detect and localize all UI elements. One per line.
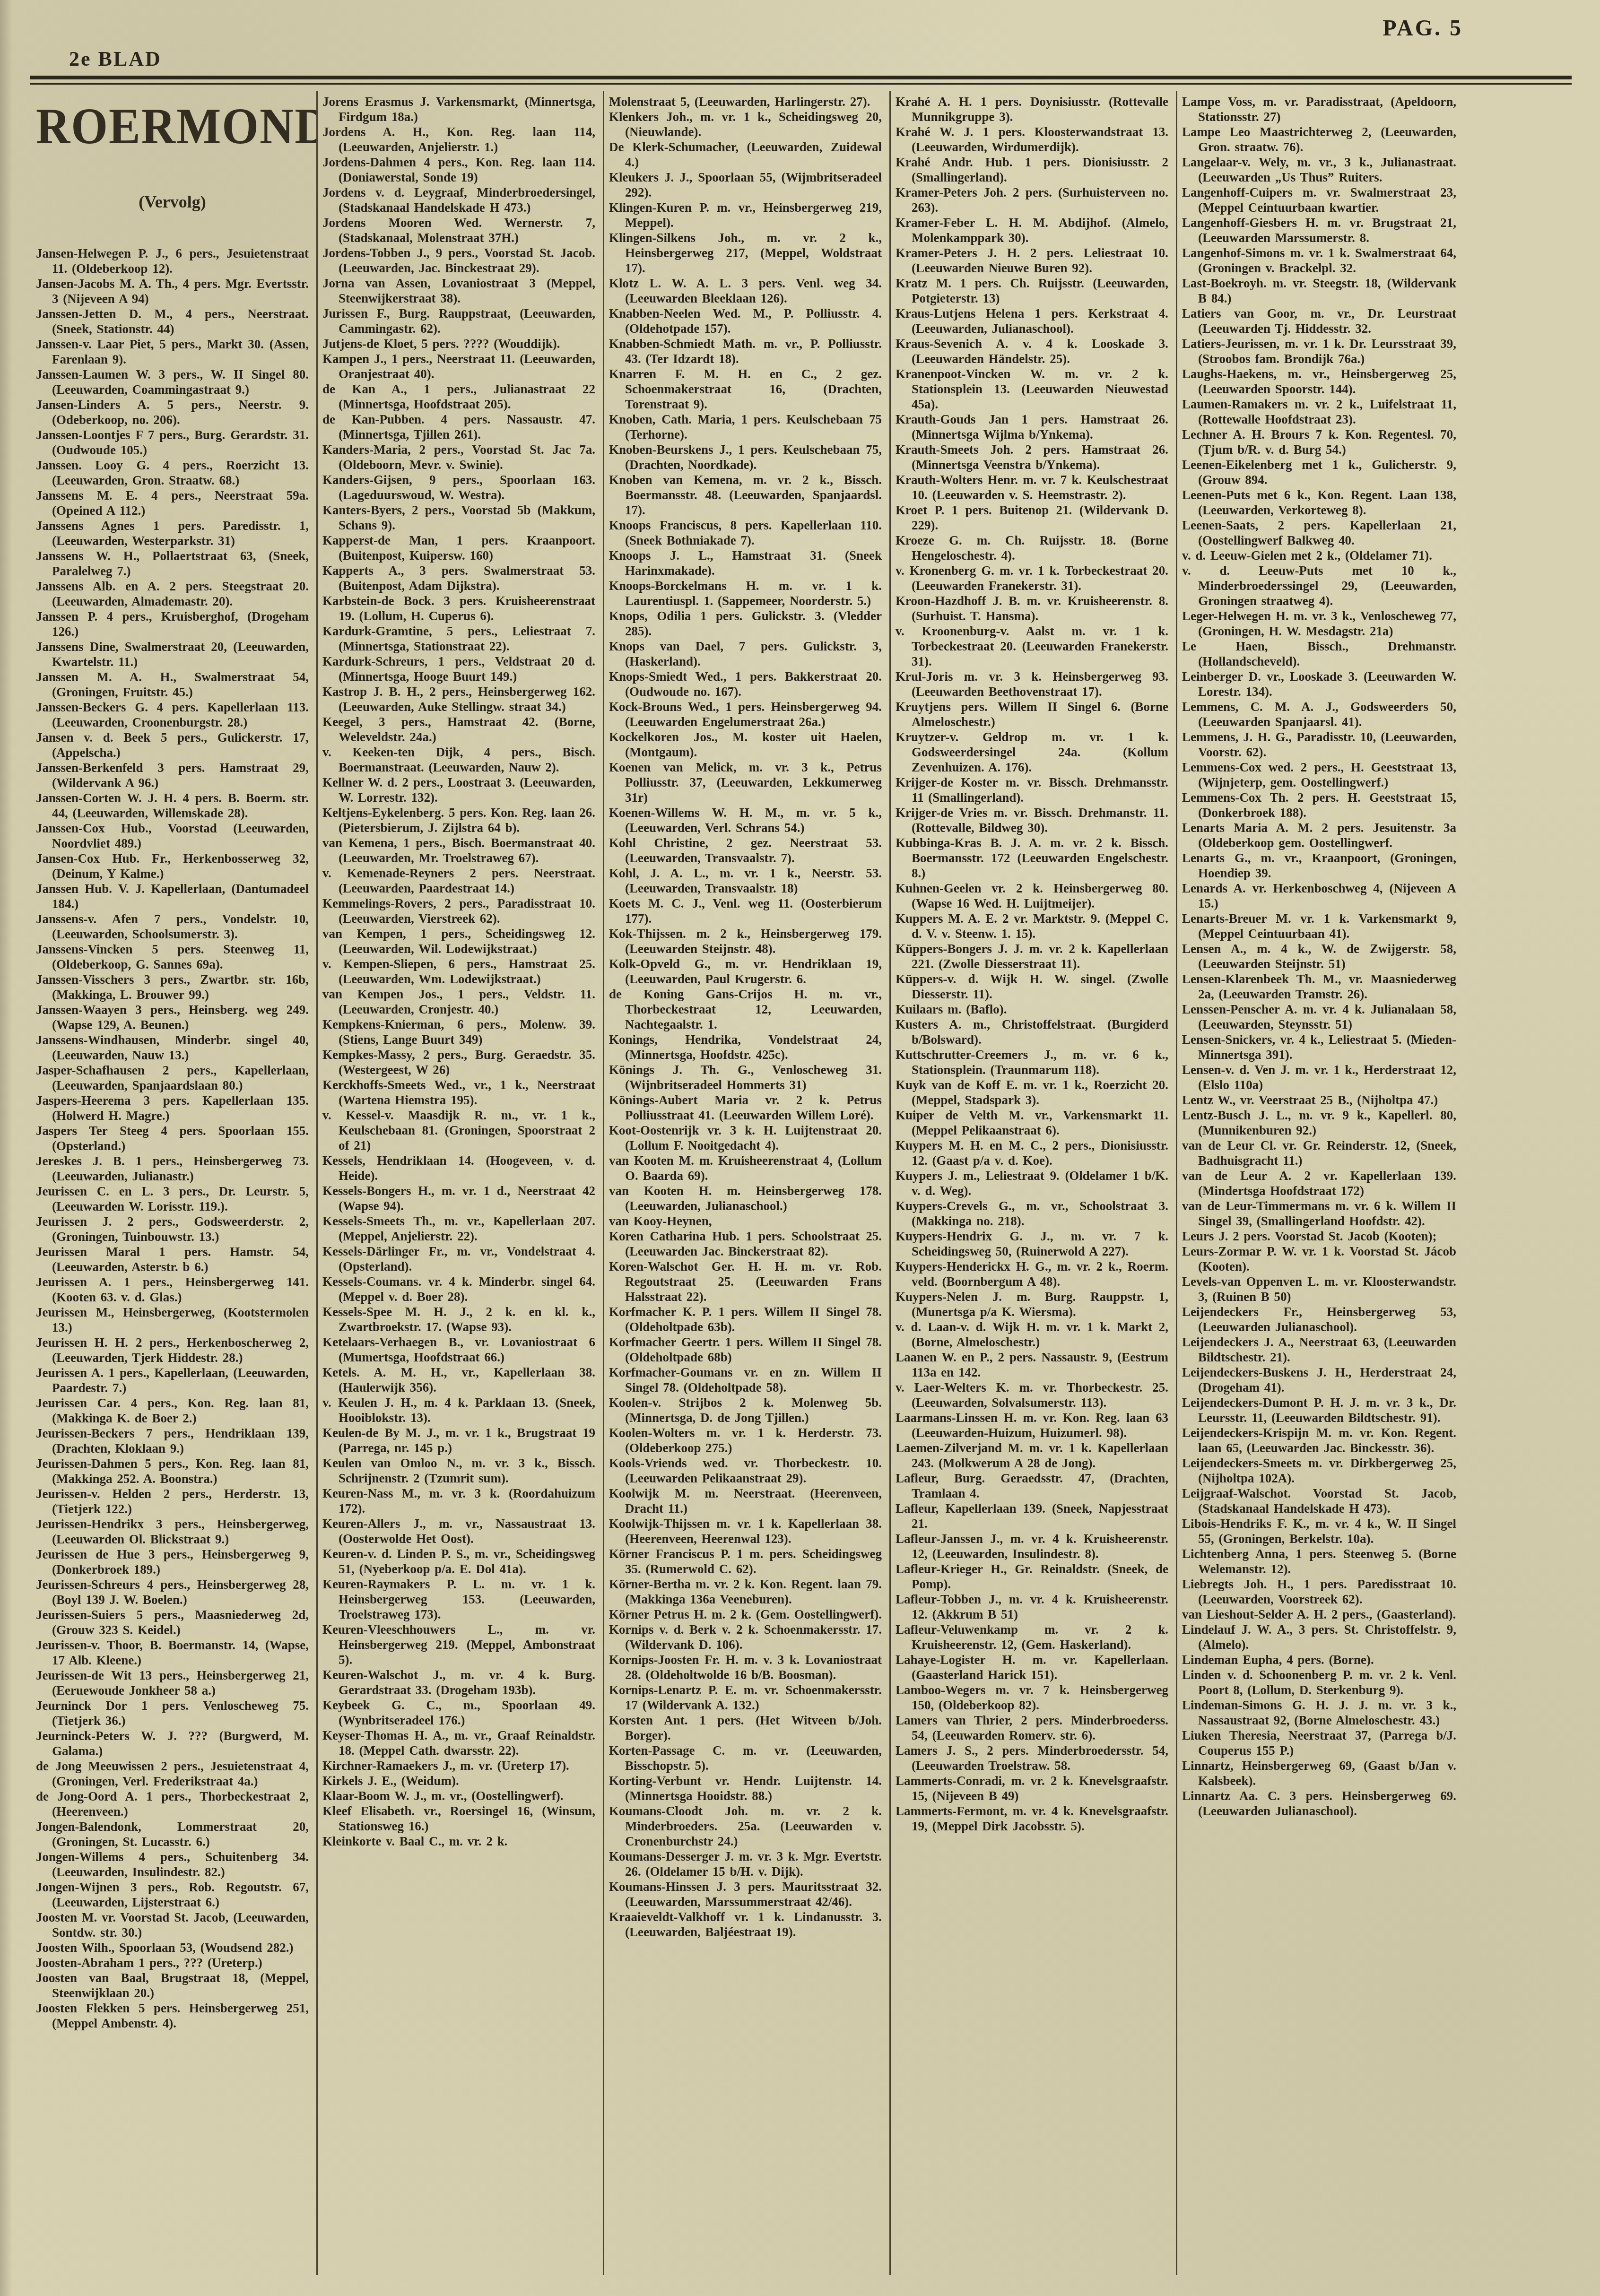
directory-entry: Knoops-Borckelmans H. m. vr. 1 k. Lauren… xyxy=(609,578,882,608)
directory-entry: Lafleur, Kapellerlaan 139. (Sneek, Napje… xyxy=(896,1501,1168,1531)
directory-entry: Küppers-v. d. Wijk H. W. singel. (Zwolle… xyxy=(896,971,1168,1002)
directory-entry: Joosten Flekken 5 pers. Heinsbergerweg 2… xyxy=(36,2001,309,2031)
directory-entry: Jansen v. d. Beek 5 pers., Gulickerstr. … xyxy=(36,730,309,760)
directory-entry: Latiers van Goor, m. vr., Dr. Leurstraat… xyxy=(1182,306,1456,336)
directory-entry: Jeurissen-Hendrikx 3 pers., Heinsbergerw… xyxy=(36,1516,309,1547)
continuation-label: (Vervolg) xyxy=(36,192,309,212)
directory-entry: Koolwijk M. m. Neerstraat. (Heerenveen, … xyxy=(609,1486,882,1516)
directory-entry: Kuypers J. m., Leliestraat 9. (Oldelamer… xyxy=(896,1168,1168,1198)
directory-entry: Lafleur-Janssen J., m. vr. 4 k. Kruishee… xyxy=(896,1531,1168,1561)
header-rule xyxy=(30,76,1572,85)
directory-entry: Joosten-Abraham 1 pers., ??? (Ureterp.) xyxy=(36,1955,309,1970)
directory-column-5: Lampe Voss, m. vr. Paradisstraat, (Apeld… xyxy=(1177,91,1464,2275)
directory-entry: Lamers van Thrier, 2 pers. Minderbroeder… xyxy=(896,1713,1168,1743)
directory-entry: Korfmacher-Goumans vr. en zn. Willem II … xyxy=(609,1365,882,1395)
directory-entry: Kapperst-de Man, 1 pers. Kraanpoort. (Bu… xyxy=(322,533,595,563)
directory-entry: Lenarts Maria A. M. 2 pers. Jesuitenstr.… xyxy=(1182,820,1456,850)
directory-entry: v. Kronenberg G. m. vr. 1 k. Torbeckestr… xyxy=(896,563,1168,593)
directory-entry: Kessels-Därlinger Fr., m. vr., Vondelstr… xyxy=(322,1244,595,1274)
directory-entry: Last-Boekroyh. m. vr. Steegstr. 18, (Wil… xyxy=(1182,276,1456,306)
directory-entry: Jeurissen Maral 1 pers. Hamstr. 54, (Lee… xyxy=(36,1244,309,1274)
directory-entry: Janssen Hub. V. J. Kapellerlaan, (Dantum… xyxy=(36,881,309,911)
page-header: 2e BLAD PAG. 5 xyxy=(31,14,1572,76)
directory-entry: Lindeman Eupha, 4 pers. (Borne). xyxy=(1182,1652,1456,1667)
directory-entry: Jeurissen-Dahmen 5 pers., Kon. Reg. laan… xyxy=(36,1456,309,1486)
directory-entry: Laemen-Zilverjand M. m. vr. 1 k. Kapelle… xyxy=(896,1440,1168,1471)
directory-entry: Lindeman-Simons G. H. J. J. m. vr. 3 k.,… xyxy=(1182,1698,1456,1728)
directory-entry: Korfmacher Geertr. 1 pers. Willem II Sin… xyxy=(609,1334,882,1365)
directory-entry: v. Kroonenburg-v. Aalst m. vr. 1 k. Torb… xyxy=(896,624,1168,669)
directory-entry: Langenhoff-Giesbers H. m. vr. Brugstraat… xyxy=(1182,215,1456,245)
directory-entry: Kapperts A., 3 pers. Swalmerstraat 53. (… xyxy=(322,563,595,593)
directory-entry: Janssen. Looy G. 4 pers., Roerzicht 13. … xyxy=(36,458,309,488)
directory-entry: Kuypers-Henderickx H. G., m. vr. 2 k., R… xyxy=(896,1259,1168,1289)
directory-entry: Keltjens-Eykelenberg. 5 pers. Kon. Reg. … xyxy=(322,805,595,835)
directory-entry: Ketels. A. M. H., vr., Kapellerlaan 38. … xyxy=(322,1365,595,1395)
directory-entry: Jongen-Wijnen 3 pers., Rob. Regoutstr. 6… xyxy=(36,1880,309,1910)
directory-entry: Langenhof-Simons m. vr. 1 k. Swalmerstra… xyxy=(1182,245,1456,276)
directory-entry: Jordens Mooren Wed. Wernerstr. 7, (Stads… xyxy=(322,215,595,245)
directory-entry: Keuren-Nass M., m. vr. 3 k. (Roordahuizu… xyxy=(322,1486,595,1516)
directory-entry: Kessels-Spee M. H. J., 2 k. en kl. k., Z… xyxy=(322,1304,595,1334)
directory-entry: Lafleur-Krieger H., Gr. Reinaldstr. (Sne… xyxy=(896,1561,1168,1592)
directory-entry: Janssens Agnes 1 pers. Paredisstr. 1, (L… xyxy=(36,518,309,548)
directory-entry: Lemmens-Cox Th. 2 pers. H. Geeststraat 1… xyxy=(1182,790,1456,820)
directory-entry: Janssens-Windhausen, Minderbr. singel 40… xyxy=(36,1032,309,1063)
directory-entry: Jorens Erasmus J. Varkensmarkt, (Minnert… xyxy=(322,94,595,124)
directory-entry: Kroon-Hazdhoff J. B. m. vr. Kruisheerens… xyxy=(896,593,1168,624)
directory-entry: Knarren F. M. H. en C., 2 gez. Schoenmak… xyxy=(609,366,882,412)
directory-entry: Kleef Elisabeth. vr., Roersingel 16, (Wi… xyxy=(322,1803,595,1834)
directory-entry: Janssens W. H., Pollaertstraat 63, (Snee… xyxy=(36,548,309,579)
directory-entry: Klotz L. W. A. L. 3 pers. Venl. weg 34. … xyxy=(609,276,882,306)
directory-column-1: ROERMOND (Vervolg) Jansen-Helwegen P. J.… xyxy=(31,91,318,2275)
directory-entry: Leijgraaf-Walschot. Voorstad St. Jacob, … xyxy=(1182,1486,1456,1516)
directory-entry: Koets M. C. J., Venl. weg 11. (Oosterbie… xyxy=(609,896,882,926)
directory-entry: Korting-Verbunt vr. Hendr. Luijtenstr. 1… xyxy=(609,1773,882,1803)
directory-entry: Leurs J. 2 pers. Voorstad St. Jacob (Koo… xyxy=(1182,1229,1456,1244)
directory-entry: Jansen-Linders A. 5 pers., Neerstr. 9. (… xyxy=(36,397,309,427)
directory-entry: Jeurissen-Beckers 7 pers., Hendriklaan 1… xyxy=(36,1426,309,1456)
directory-entry: Lenssen-Penscher A. m. vr. 4 k. Julianal… xyxy=(1182,1002,1456,1032)
masthead: ROERMOND (Vervolg) xyxy=(36,97,309,212)
newspaper-page: 2e BLAD PAG. 5 ROERMOND (Vervolg) Jansen… xyxy=(0,0,1600,2296)
directory-entry: Lemmens-Cox wed. 2 pers., H. Geeststraat… xyxy=(1182,760,1456,790)
entry-list: Jansen-Helwegen P. J., 6 pers., Jesuiete… xyxy=(36,246,309,2031)
directory-entry: Molenstraat 5, (Leeuwarden, Harlingerstr… xyxy=(609,94,882,109)
directory-entry: v. Keeken-ten Dijk, 4 pers., Bisch. Boer… xyxy=(322,745,595,775)
directory-entry: Kastrop J. B. H., 2 pers., Heinsbergerwe… xyxy=(322,684,595,714)
directory-entry: Lensen-v. d. Ven J. m. vr. 1 k., Herders… xyxy=(1182,1062,1456,1092)
scan-edge-shadow xyxy=(0,0,12,2296)
directory-entry: Koumans-Cloodt Joh. m. vr. 2 k. Minderbr… xyxy=(609,1803,882,1849)
directory-entry: Küppers-Bongers J. J. m. vr. 2 k. Kapell… xyxy=(896,941,1168,971)
directory-entry: Linnartz Aa. C. 3 pers. Heinsbergerweg 6… xyxy=(1182,1788,1456,1819)
directory-entry: Jutjens-de Kloet, 5 pers. ???? (Wouddijk… xyxy=(322,336,595,351)
directory-entry: Leijendeckers Fr., Heinsbergerweg 53, (L… xyxy=(1182,1304,1456,1334)
directory-entry: Knoops J. L., Hamstraat 31. (Sneek Harin… xyxy=(609,548,882,578)
directory-entry: Jeurissen J. 2 pers., Godsweerderstr. 2,… xyxy=(36,1214,309,1244)
directory-entry: Leurs-Zormar P. W. vr. 1 k. Voorstad St.… xyxy=(1182,1244,1456,1274)
directory-entry: Kraus-Sevenich A. v. 4 k. Looskade 3. (L… xyxy=(896,336,1168,366)
directory-entry: Janssen-Berkenfeld 3 pers. Hamstraat 29,… xyxy=(36,760,309,790)
directory-entry: Langelaar-v. Wely, m. vr., 3 k., Juliana… xyxy=(1182,155,1456,185)
directory-entry: Jeurissen M., Heinsbergerweg, (Kootsterm… xyxy=(36,1305,309,1335)
directory-entry: Le Haen, Bissch., Drehmanstr. (Hollandsc… xyxy=(1182,639,1456,669)
directory-entry: Kuypers-Nelen J. m. Burg. Rauppstr. 1, (… xyxy=(896,1289,1168,1319)
directory-entry: Klingen-Silkens Joh., m. vr. 2 k., Heins… xyxy=(609,230,882,276)
directory-entry: Koumans-Hinssen J. 3 pers. Mauritsstraat… xyxy=(609,1879,882,1909)
directory-entry: Linnartz, Heinsbergerweg 69, (Gaast b/Ja… xyxy=(1182,1758,1456,1788)
entry-list: Krahé A. H. 1 pers. Doynisiusstr. (Rotte… xyxy=(896,94,1168,1834)
directory-entry: Liuken Theresia, Neerstraat 37, (Parrega… xyxy=(1182,1728,1456,1758)
directory-entry: van de Leur-Timmermans m. vr. 6 k. Wille… xyxy=(1182,1198,1456,1229)
directory-entry: Keybeek G. C., m., Spoorlaan 49. (Wynbri… xyxy=(322,1698,595,1728)
directory-entry: Jeurissen-v. Helden 2 pers., Herderstr. … xyxy=(36,1486,309,1516)
directory-entry: Janssen-v. Laar Piet, 5 pers., Markt 30.… xyxy=(36,337,309,367)
directory-entry: Jereskes J. B. 1 pers., Heinsbergerweg 7… xyxy=(36,1153,309,1184)
directory-entry: Lamboo-Wegers m. vr. 7 k. Heinsbergerweg… xyxy=(896,1682,1168,1713)
directory-entry: Kanders-Maria, 2 pers., Voorstad St. Jac… xyxy=(322,442,595,472)
directory-entry: Körner-Bertha m. vr. 2 k. Kon. Regent. l… xyxy=(609,1577,882,1607)
directory-entry: Lentz-Busch J. L., m. vr. 9 k., Kapeller… xyxy=(1182,1108,1456,1138)
directory-entry: Kessels, Hendriklaan 14. (Hoogeveen, v. … xyxy=(322,1153,595,1183)
directory-entry: Kornips v. d. Berk v. 2 k. Schoenmakerss… xyxy=(609,1622,882,1652)
directory-entry: Kuiper de Velth M. vr., Varkensmarkt 11.… xyxy=(896,1108,1168,1138)
directory-entry: Jansen-Cox Hub. Fr., Herkenbosserweg 32,… xyxy=(36,851,309,881)
directory-entry: Jasper-Schafhausen 2 pers., Kapellerlaan… xyxy=(36,1063,309,1093)
directory-entry: Kraaieveldt-Valkhoff vr. 1 k. Lindanusst… xyxy=(609,1909,882,1940)
directory-entry: Lampe Leo Maastrichterweg 2, (Leeuwarden… xyxy=(1182,124,1456,155)
directory-entry: Lampe Voss, m. vr. Paradisstraat, (Apeld… xyxy=(1182,94,1456,124)
directory-entry: Janssen-Corten W. J. H. 4 pers. B. Boerm… xyxy=(36,790,309,821)
directory-entry: Koren Catharina Hub. 1 pers. Schoolstraa… xyxy=(609,1229,882,1259)
directory-entry: Krahé Andr. Hub. 1 pers. Dionisiusstr. 2… xyxy=(896,155,1168,185)
directory-entry: Knoben, Cath. Maria, 1 pers. Keulschebaa… xyxy=(609,412,882,442)
directory-entry: Konings, Hendrika, Vondelstraat 24, (Min… xyxy=(609,1032,882,1062)
directory-column-2: Jorens Erasmus J. Varkensmarkt, (Minnert… xyxy=(318,91,604,2275)
directory-entry: Jurissen F., Burg. Rauppstraat, (Leeuwar… xyxy=(322,306,595,336)
directory-entry: van Kempen Jos., 1 pers., Veldstr. 11. (… xyxy=(322,987,595,1017)
directory-entry: van Kooten H. m. Heinsbergerweg 178. (Le… xyxy=(609,1183,882,1213)
directory-entry: Kuhnen-Geelen vr. 2 k. Heinsbergerweg 80… xyxy=(896,881,1168,911)
directory-entry: Koren-Walschot Ger. H. H. m. vr. Rob. Re… xyxy=(609,1259,882,1304)
directory-entry: de Kan-Pubben. 4 pers. Nassaustr. 47. (M… xyxy=(322,412,595,442)
directory-entry: Joosten van Baal, Brugstraat 18, (Meppel… xyxy=(36,1970,309,2001)
directory-entry: Jansen-Jacobs M. A. Th., 4 pers. Mgr. Ev… xyxy=(36,276,309,306)
directory-entry: Jeurninck-Peters W. J. ??? (Burgwerd, M.… xyxy=(36,1728,309,1759)
directory-entry: van de Leur Cl. vr. Gr. Reinderstr. 12, … xyxy=(1182,1138,1456,1168)
directory-entry: Jeurissen Car. 4 pers., Kon. Reg. laan 8… xyxy=(36,1395,309,1426)
directory-entry: Kruytjens pers. Willem II Singel 6. (Bor… xyxy=(896,699,1168,729)
directory-entry: Krul-Joris m. vr. 3 k. Heinsbergerweg 93… xyxy=(896,669,1168,699)
directory-entry: Leijendeckers-Dumont P. H. J. m. vr. 3 k… xyxy=(1182,1395,1456,1425)
directory-entry: Kellner W. d. 2 pers., Loostraat 3. (Lee… xyxy=(322,775,595,805)
directory-entry: Jordens-Dahmen 4 pers., Kon. Reg. laan 1… xyxy=(322,155,595,185)
directory-entry: Körner Petrus H. m. 2 k. (Gem. Oostellin… xyxy=(609,1607,882,1622)
entry-list: Lampe Voss, m. vr. Paradisstraat, (Apeld… xyxy=(1182,94,1456,1819)
directory-entry: Joosten M. vr. Voorstad St. Jacob, (Leeu… xyxy=(36,1910,309,1940)
directory-entry: Kleinkorte v. Baal C., m. vr. 2 k. xyxy=(322,1834,595,1849)
directory-entry: Knoops Franciscus, 8 pers. Kapellerlaan … xyxy=(609,518,882,548)
directory-entry: Janssen M. A. H., Swalmerstraat 54, (Gro… xyxy=(36,669,309,700)
directory-entry: Keuren-v. d. Linden P. S., m. vr., Schei… xyxy=(322,1546,595,1577)
directory-entry: Lensen A., m. 4 k., W. de Zwijgerstr. 58… xyxy=(1182,941,1456,971)
directory-entry: Janssens Dine, Swalmerstraat 20, (Leeuwa… xyxy=(36,639,309,669)
directory-entry: Könings-Aubert Maria vr. 2 k. Petrus Pol… xyxy=(609,1092,882,1123)
directory-entry: Lenarts-Breuer M. vr. 1 k. Varkensmarkt … xyxy=(1182,911,1456,941)
directory-entry: Kramer-Peters J. H. 2 pers. Leliestraat … xyxy=(896,245,1168,276)
directory-entry: Leger-Helwegen H. m. vr. 3 k., Venlosche… xyxy=(1182,608,1456,639)
directory-entry: Libois-Hendriks F. K., m. vr. 4 k., W. I… xyxy=(1182,1516,1456,1546)
directory-entry: Kampen J., 1 pers., Neerstraat 11. (Leeu… xyxy=(322,351,595,381)
directory-entry: Jaspers Ter Steeg 4 pers. Spoorlaan 155.… xyxy=(36,1123,309,1153)
edition-label: 2e BLAD xyxy=(69,47,162,71)
entry-list: Molenstraat 5, (Leeuwarden, Harlingerstr… xyxy=(609,94,882,1940)
directory-entry: Lahaye-Logister H. m. vr. Kapellerlaan. … xyxy=(896,1652,1168,1682)
directory-entry: Keuren-Raymakers P. L. m. vr. 1 k. Heins… xyxy=(322,1577,595,1622)
directory-entry: Koenen-Willems W. H. M., m. vr. 5 k., (L… xyxy=(609,805,882,835)
directory-entry: Kusters A. m., Christoffelstraat. (Burgi… xyxy=(896,1017,1168,1047)
directory-entry: Kardurk-Gramtine, 5 pers., Leliestraat 7… xyxy=(322,624,595,654)
directory-entry: Kools-Vriends wed. vr. Thorbeckestr. 10.… xyxy=(609,1456,882,1486)
directory-entry: Lichtenberg Anna, 1 pers. Steenweg 5. (B… xyxy=(1182,1546,1456,1577)
directory-entry: Kuyk van de Koff E. m. vr. 1 k., Roerzic… xyxy=(896,1077,1168,1108)
directory-entry: Laanen W. en P., 2 pers. Nassaustr. 9, (… xyxy=(896,1350,1168,1380)
directory-entry: van Kooy-Heynen, xyxy=(609,1213,882,1229)
directory-entry: Jordens A. H., Kon. Reg. laan 114, (Leeu… xyxy=(322,124,595,155)
directory-entry: Karbstein-de Bock. 3 pers. Kruisheerenst… xyxy=(322,593,595,624)
directory-entry: Levels-van Oppenven L. m. vr. Kloosterwa… xyxy=(1182,1274,1456,1304)
directory-entry: Lenarts G., m. vr., Kraanpoort, (Groning… xyxy=(1182,850,1456,881)
directory-entry: Janssen-Loontjes F 7 pers., Burg. Gerard… xyxy=(36,427,309,458)
directory-entry: Kuypers M. H. en M. C., 2 pers., Dionisi… xyxy=(896,1138,1168,1168)
directory-entry: Kock-Brouns Wed., 1 pers. Heinsbergerweg… xyxy=(609,699,882,729)
directory-entry: Janssen-Waayen 3 pers., Heinsberg. weg 2… xyxy=(36,1002,309,1032)
directory-entry: v. d. Laan-v. d. Wijk H. m. vr. 1 k. Mar… xyxy=(896,1319,1168,1350)
directory-entry: Koolen-v. Strijbos 2 k. Molenweg 5b. (Mi… xyxy=(609,1395,882,1425)
directory-entry: Kardurk-Schreurs, 1 pers., Veldstraat 20… xyxy=(322,654,595,684)
directory-entry: Knops, Odilia 1 pers. Gulickstr. 3. (Vle… xyxy=(609,608,882,639)
directory-entry: Kuypers-Crevels G., m. vr., Schoolstraat… xyxy=(896,1198,1168,1229)
directory-entry: v. Kessel-v. Maasdijk R. m., vr. 1 k., K… xyxy=(322,1108,595,1153)
directory-entry: Janssens M. E. 4 pers., Neerstraat 59a. … xyxy=(36,488,309,518)
directory-entry: Kratz M. 1 pers. Ch. Ruijsstr. (Leeuward… xyxy=(896,276,1168,306)
directory-columns: ROERMOND (Vervolg) Jansen-Helwegen P. J.… xyxy=(31,91,1499,2275)
directory-entry: Kemmelings-Rovers, 2 pers., Paradisstraa… xyxy=(322,896,595,926)
directory-entry: Keuren-Vleeschhouwers L., m. vr. Heinsbe… xyxy=(322,1622,595,1667)
directory-entry: Jeurninck Dor 1 pers. Venloscheweg 75. (… xyxy=(36,1698,309,1728)
directory-entry: Leenen-Saats, 2 pers. Kapellerlaan 21, (… xyxy=(1182,518,1456,548)
directory-entry: Latiers-Jeurissen, m. vr. 1 k. Dr. Leurs… xyxy=(1182,336,1456,366)
directory-entry: Jongen-Balendonk, Lommerstraat 20, (Gron… xyxy=(36,1819,309,1849)
directory-entry: Kraus-Lutjens Helena 1 pers. Kerkstraat … xyxy=(896,306,1168,336)
directory-entry: Koumans-Desserger J. m. vr. 3 k. Mgr. Ev… xyxy=(609,1849,882,1879)
directory-column-4: Krahé A. H. 1 pers. Doynisiusstr. (Rotte… xyxy=(891,91,1177,2275)
directory-entry: Lensen-Snickers, vr. 4 k., Leliestraat 5… xyxy=(1182,1032,1456,1062)
directory-entry: Krauth-Smeets Joh. 2 pers. Hamstraat 26.… xyxy=(896,442,1168,472)
directory-entry: Kohl, J. A. L., m. vr. 1 k., Neerstr. 53… xyxy=(609,866,882,896)
directory-entry: Lechner A. H. Brours 7 k. Kon. Regentesl… xyxy=(1182,427,1456,457)
directory-entry: Joosten Wilh., Spoorlaan 53, (Woudsend 2… xyxy=(36,1940,309,1955)
directory-entry: de Jong-Oord A. 1 pers., Thorbeckestraat… xyxy=(36,1789,309,1819)
directory-entry: van Kempen, 1 pers., Scheidingsweg 12. (… xyxy=(322,926,595,956)
directory-entry: Lemmens, C. M. A. J., Godsweerders 50, (… xyxy=(1182,699,1456,729)
directory-entry: Janssen P. 4 pers., Kruisberghof, (Droge… xyxy=(36,609,309,639)
directory-entry: Kroeze G. m. Ch. Ruijsstr. 18. (Borne He… xyxy=(896,533,1168,563)
directory-entry: Janssens-Vincken 5 pers. Steenweg 11, (O… xyxy=(36,942,309,972)
directory-entry: Keyser-Thomas H. A., m. vr., Graaf Reina… xyxy=(322,1728,595,1758)
directory-entry: Kok-Thijssen. m. 2 k., Heinsbergerweg 17… xyxy=(609,926,882,956)
directory-entry: de Jong Meeuwissen 2 pers., Jesuietenstr… xyxy=(36,1759,309,1789)
directory-entry: Leinberger D. vr., Looskade 3. (Leeuward… xyxy=(1182,669,1456,699)
directory-entry: Linden v. d. Schoonenberg P. m. vr. 2 k.… xyxy=(1182,1667,1456,1698)
directory-entry: Knabben-Schmiedt Math. m. vr., P. Polliu… xyxy=(609,336,882,366)
directory-entry: v. Keulen J. H., m. 4 k. Parklaan 13. (S… xyxy=(322,1395,595,1425)
directory-entry: Krijger-de Vries m. vr. Bissch. Drehmans… xyxy=(896,805,1168,835)
directory-entry: de Koning Gans-Crijos H. m. vr., Thorbec… xyxy=(609,987,882,1032)
directory-entry: Knops van Dael, 7 pers. Gulickstr. 3, (H… xyxy=(609,639,882,669)
directory-entry: Jongen-Willems 4 pers., Schuitenberg 34.… xyxy=(36,1849,309,1880)
directory-entry: Leijendeckers J. A., Neerstraat 63, (Lee… xyxy=(1182,1334,1456,1365)
directory-entry: Klaar-Boom W. J., m. vr., (Oostellingwer… xyxy=(322,1788,595,1803)
directory-entry: Knops-Smiedt Wed., 1 pers. Bakkerstraat … xyxy=(609,669,882,699)
directory-entry: Lafleur-Veluwenkamp m. vr. 2 k. Kruishee… xyxy=(896,1622,1168,1652)
directory-entry: Keuren-Walschot J., m. vr. 4 k. Burg. Ge… xyxy=(322,1667,595,1698)
directory-entry: van de Leur A. 2 vr. Kapellerlaan 139. (… xyxy=(1182,1168,1456,1198)
directory-entry: Knoben-Beurskens J., 1 pers. Keulschebaa… xyxy=(609,442,882,472)
directory-entry: Janssens-v. Afen 7 pers., Vondelstr. 10,… xyxy=(36,911,309,942)
directory-entry: Janssen-Laumen W. 3 pers., W. II Singel … xyxy=(36,367,309,397)
directory-entry: Krahé A. H. 1 pers. Doynisiusstr. (Rotte… xyxy=(896,94,1168,124)
directory-entry: Kolk-Opveld G., m. vr. Hendriklaan 19, (… xyxy=(609,956,882,987)
directory-entry: De Klerk-Schumacher, (Leeuwarden, Zuidew… xyxy=(609,139,882,170)
directory-entry: Jeurissen de Hue 3 pers., Heinsbergerweg… xyxy=(36,1547,309,1577)
directory-entry: Lemmens, J. H. G., Paradisstr. 10, (Leeu… xyxy=(1182,729,1456,760)
directory-entry: Jordens v. d. Leygraaf, Minderbroedersin… xyxy=(322,185,595,215)
directory-entry: Lindelauf J. W. A., 3 pers. St. Christof… xyxy=(1182,1622,1456,1652)
directory-entry: Kruytzer-v. Geldrop m. vr. 1 k. Godsweer… xyxy=(896,729,1168,775)
directory-entry: Lammerts-Fermont, m. vr. 4 k. Knevelsgra… xyxy=(896,1803,1168,1834)
directory-entry: Lafleur, Burg. Geraedsstr. 47, (Drachten… xyxy=(896,1471,1168,1501)
directory-entry: Janssen-Jetten D. M., 4 pers., Neerstraa… xyxy=(36,306,309,337)
directory-entry: Janssen-Beckers G. 4 pers. Kapellerlaan … xyxy=(36,700,309,730)
directory-entry: Kempkes-Massy, 2 pers., Burg. Geraedstr.… xyxy=(322,1047,595,1077)
directory-entry: de Kan A., 1 pers., Julianastraat 22 (Mi… xyxy=(322,381,595,412)
directory-entry: Kanders-Gijsen, 9 pers., Spoorlaan 163. … xyxy=(322,472,595,503)
directory-entry: Keegel, 3 pers., Hamstraat 42. (Borne, W… xyxy=(322,714,595,745)
directory-entry: Kuppers M. A. E. 2 vr. Marktstr. 9. (Mep… xyxy=(896,911,1168,941)
directory-entry: Kessels-Coumans. vr. 4 k. Minderbr. sing… xyxy=(322,1274,595,1304)
directory-entry: Kranenpoot-Vincken W. m. vr. 2 k. Statio… xyxy=(896,366,1168,412)
directory-entry: Kuypers-Hendrix G. J., m. vr. 7 k. Schei… xyxy=(896,1229,1168,1259)
directory-entry: Kleukers J. J., Spoorlaan 55, (Wijmbrits… xyxy=(609,170,882,200)
directory-entry: Leijendeckers-Krispijn M. m. vr. Kon. Re… xyxy=(1182,1425,1456,1456)
directory-entry: Ketelaars-Verhaegen B., vr. Lovaniostraa… xyxy=(322,1334,595,1365)
directory-entry: Janssen-Cox Hub., Voorstad (Leeuwarden, … xyxy=(36,821,309,851)
directory-entry: Jeurissen-Schreurs 4 pers., Heinsbergerw… xyxy=(36,1577,309,1607)
directory-entry: Krauth-Gouds Jan 1 pers. Hamstraat 26. (… xyxy=(896,412,1168,442)
directory-entry: Krauth-Wolters Henr. m. vr. 7 k. Keulsch… xyxy=(896,472,1168,503)
directory-entry: Kessels-Smeets Th., m. vr., Kapellerlaan… xyxy=(322,1213,595,1244)
directory-entry: v. d. Leeuw-Gielen met 2 k., (Oldelamer … xyxy=(1182,548,1456,563)
directory-entry: Jaspers-Heerema 3 pers. Kapellerlaan 135… xyxy=(36,1093,309,1123)
directory-entry: Lenards A. vr. Herkenboschweg 4, (Nijeve… xyxy=(1182,881,1456,911)
directory-entry: Koolen-Wolters m. vr. 1 k. Herderstr. 73… xyxy=(609,1425,882,1456)
directory-entry: Jeurissen-Suiers 5 pers., Maasniederweg … xyxy=(36,1607,309,1638)
directory-entry: Leenen-Puts met 6 k., Kon. Regent. Laan … xyxy=(1182,487,1456,518)
directory-entry: Jeurissen-de Wit 13 pers., Heinsbergerwe… xyxy=(36,1668,309,1698)
directory-entry: Laughs-Haekens, m. vr., Heinsbergerweg 2… xyxy=(1182,366,1456,397)
directory-entry: Jeurissen A. 1 pers., Kapellerlaan, (Lee… xyxy=(36,1365,309,1395)
directory-entry: Kerckhoffs-Smeets Wed., vr., 1 k., Neers… xyxy=(322,1077,595,1108)
directory-entry: Klenkers Joh., m. vr. 1 k., Scheidingswe… xyxy=(609,109,882,139)
directory-entry: Kubbinga-Kras B. J. A. m. vr. 2 k. Bissc… xyxy=(896,835,1168,881)
directory-entry: Korfmacher K. P. 1 pers. Willem II Singe… xyxy=(609,1304,882,1334)
entry-list: Jorens Erasmus J. Varkensmarkt, (Minnert… xyxy=(322,94,595,1849)
page-number: PAG. 5 xyxy=(1383,15,1463,41)
directory-entry: Keulen-de By M. J., m. vr. 1 k., Brugstr… xyxy=(322,1425,595,1456)
directory-entry: Kempkens-Knierman, 6 pers., Molenw. 39. … xyxy=(322,1017,595,1047)
directory-entry: Leenen-Eikelenberg met 1 k., Gulicherstr… xyxy=(1182,457,1456,487)
directory-entry: Kockelkoren Jos., M. koster uit Haelen, … xyxy=(609,729,882,760)
directory-entry: Lafleur-Tobben J., m. vr. 4 k. Kruisheer… xyxy=(896,1592,1168,1622)
directory-entry: v. Laer-Welters K. m. vr. Thorbeckestr. … xyxy=(896,1380,1168,1410)
directory-entry: Korsten Ant. 1 pers. (Het Witveen b/Joh.… xyxy=(609,1713,882,1743)
directory-entry: Kuilaars m. (Baflo). xyxy=(896,1002,1168,1017)
directory-entry: Lammerts-Conradi, m. vr. 2 k. Knevelsgra… xyxy=(896,1773,1168,1803)
directory-entry: Leijendeckers-Smeets m. vr. Dirkbergerwe… xyxy=(1182,1456,1456,1486)
directory-entry: Jeurissen H. H. 2 pers., Herkenboscherwe… xyxy=(36,1335,309,1365)
directory-entry: Jansen-Helwegen P. J., 6 pers., Jesuiete… xyxy=(36,246,309,276)
directory-entry: Kramer-Feber L. H. M. Abdijhof. (Almelo,… xyxy=(896,215,1168,245)
directory-entry: Kramer-Peters Joh. 2 pers. (Surhuisterve… xyxy=(896,185,1168,215)
directory-entry: Körner Franciscus P. 1 m. pers. Scheidin… xyxy=(609,1546,882,1577)
directory-entry: Krahé W. J. 1 pers. Kloosterwandstraat 1… xyxy=(896,124,1168,155)
directory-entry: Kanters-Byers, 2 pers., Voorstad 5b (Mak… xyxy=(322,503,595,533)
directory-entry: Könings J. Th. G., Venloscheweg 31. (Wij… xyxy=(609,1062,882,1092)
directory-entry: Kohl Christine, 2 gez. Neerstraat 53. (L… xyxy=(609,835,882,866)
directory-entry: Kornips-Joosten Fr. H. m. v. 3 k. Lovani… xyxy=(609,1652,882,1682)
directory-entry: Leijendeckers-Buskens J. H., Herderstraa… xyxy=(1182,1365,1456,1395)
directory-entry: Koot-Oostenrijk vr. 3 k. H. Luijtenstraa… xyxy=(609,1123,882,1153)
city-title: ROERMOND xyxy=(36,97,309,156)
directory-entry: Lensen-Klarenbeek Th. M., vr. Maasnieder… xyxy=(1182,971,1456,1002)
directory-entry: Langenhoff-Cuipers m. vr. Swalmerstraat … xyxy=(1182,185,1456,215)
directory-entry: v. Kempen-Sliepen, 6 pers., Hamstraat 25… xyxy=(322,956,595,987)
directory-entry: van Kemena, 1 pers., Bisch. Boermanstraa… xyxy=(322,835,595,866)
directory-entry: Krijger-de Koster m. vr. Bissch. Drehman… xyxy=(896,775,1168,805)
directory-entry: v. Kemenade-Reyners 2 pers. Neerstraat. … xyxy=(322,866,595,896)
directory-entry: Knabben-Neelen Wed. M., P. Polliusstr. 4… xyxy=(609,306,882,336)
directory-entry: Janssens Alb. en A. 2 pers. Steegstraat … xyxy=(36,579,309,609)
directory-entry: Korten-Passage C. m. vr. (Leeuwarden, Bi… xyxy=(609,1743,882,1773)
directory-entry: Klingen-Kuren P. m. vr., Heinsbergerweg … xyxy=(609,200,882,230)
directory-entry: Jorna van Assen, Lovaniostraat 3 (Meppel… xyxy=(322,276,595,306)
directory-entry: Jordens-Tobben J., 9 pers., Voorstad St.… xyxy=(322,245,595,276)
directory-entry: Kirchner-Ramaekers J., m. vr. (Ureterp 1… xyxy=(322,1758,595,1773)
directory-entry: Laumen-Ramakers m. vr. 2 k., Luifelstraa… xyxy=(1182,397,1456,427)
directory-entry: Kirkels J. E., (Weidum). xyxy=(322,1773,595,1788)
directory-entry: Kroet P. 1 pers. Buitenop 21. (Wildervan… xyxy=(896,503,1168,533)
directory-entry: Keuren-Allers J., m. vr., Nassaustraat 1… xyxy=(322,1516,595,1546)
directory-entry: Koenen van Melick, m. vr. 3 k., Petrus P… xyxy=(609,760,882,805)
directory-entry: Koolwijk-Thijssen m. vr. 1 k. Kapellerla… xyxy=(609,1516,882,1546)
directory-entry: Lentz W., vr. Veerstraat 25 B., (Nijholt… xyxy=(1182,1092,1456,1108)
directory-entry: Kuttschrutter-Creemers J., m. vr. 6 k., … xyxy=(896,1047,1168,1077)
directory-entry: Kornips-Lenartz P. E. m. vr. Schoenmaker… xyxy=(609,1682,882,1713)
directory-entry: Jeurissen A. 1 pers., Heinsbergerweg 141… xyxy=(36,1274,309,1305)
